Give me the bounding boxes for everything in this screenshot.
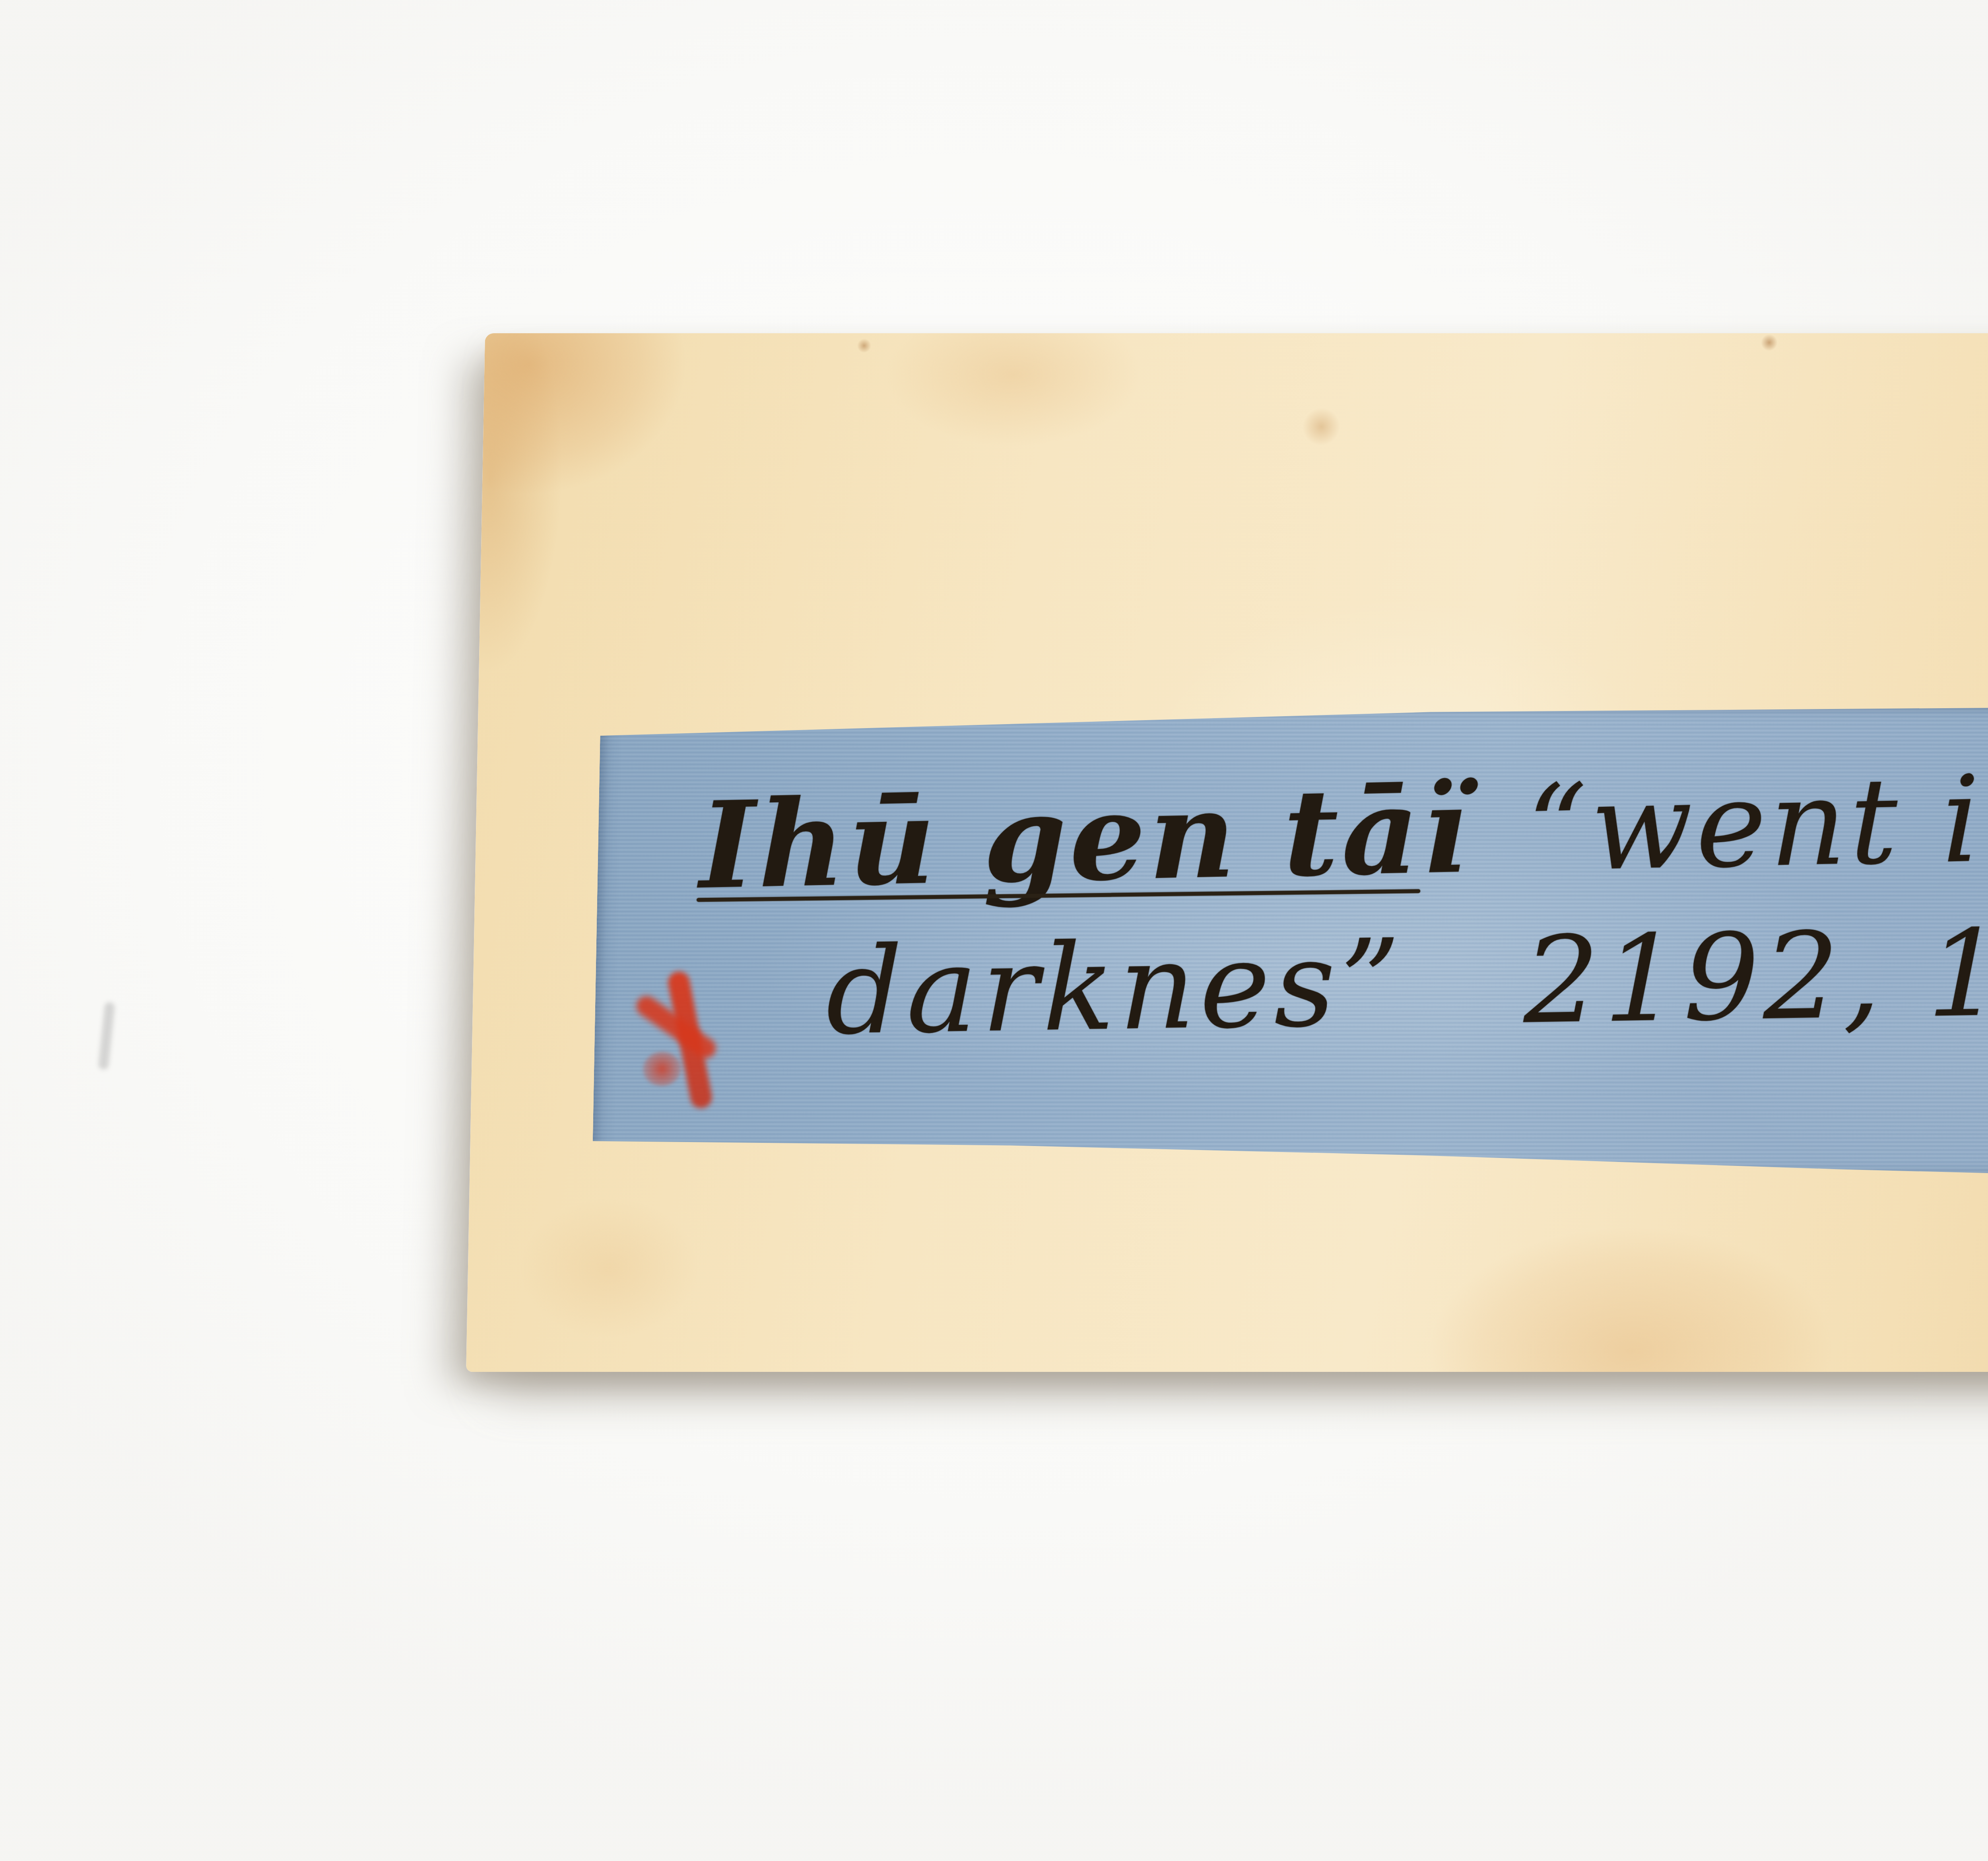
photograph-background: Ihū gen tāï“went in the darknes”2192, 17… <box>0 0 1988 1861</box>
citation-number: 2192, 17. <box>1524 902 1988 1051</box>
background-fiber-speck <box>98 1002 115 1070</box>
red-x-mark <box>631 970 729 1121</box>
red-x-crayon-blob <box>643 1052 681 1086</box>
handwritten-line-2: darknes”2192, 17. <box>826 902 1988 1061</box>
blue-citation-slip: Ihū gen tāï“went in the darknes”2192, 17… <box>592 706 1988 1181</box>
quoted-gloss-end: darknes” <box>826 913 1404 1061</box>
quoted-gloss-start: “went in the <box>1526 743 1988 898</box>
archival-card: Ihū gen tāï“went in the darknes”2192, 17… <box>466 333 1988 1372</box>
